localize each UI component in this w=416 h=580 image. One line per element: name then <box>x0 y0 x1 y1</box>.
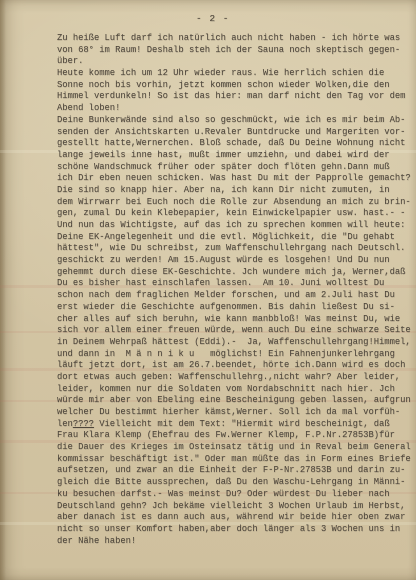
typed-line: leider, kommen nur die Soldaten vom Nord… <box>57 384 413 396</box>
typed-line: Frau Klara Klemp (Ehefrau des Fw.Werner … <box>57 430 413 442</box>
typed-line: Die sind so knapp hier. Aber na, ich kan… <box>57 185 413 197</box>
typed-line: Du es bisher hast einschlafen lassen. Am… <box>57 278 413 290</box>
typed-line: lange jeweils inne hast, mußt immer umzi… <box>57 150 413 162</box>
typed-line: gen, zumal Du kein Klebepapier, kein Ein… <box>57 208 413 220</box>
typed-line: in Deinem Wehrpaß hättest (Eddi).- Ja, W… <box>57 337 413 349</box>
typed-line: von 68° im Raum! Deshalb steh ich der Sa… <box>57 45 413 57</box>
typed-line: dem Wirrwarr bei Euch noch die Rolle zur… <box>57 197 413 209</box>
typed-line: kommissar beschäftigt ist." Oder man müß… <box>57 454 413 466</box>
typed-line: erst wieder die Geschichte aufgenommen. … <box>57 302 413 314</box>
typed-line: und dann in M ä n n i k u möglichst! Ein… <box>57 349 413 361</box>
typed-line: gleich die Bitte aussprechen, daß Du den… <box>57 477 413 489</box>
typed-line: würde mir aber von Ebeling eine Beschein… <box>57 395 413 407</box>
typed-line: läuft jetzt dort, ist am 26.7.beendet, h… <box>57 360 413 372</box>
typed-line: Deine Bunkerwände sind also so geschmück… <box>57 115 413 127</box>
typed-line: gehemmt durch diese EK-Geschichte. Jch w… <box>57 267 413 279</box>
typed-lines: Zu heiße Luft darf ich natürlich auch ni… <box>57 33 413 547</box>
typed-line: Heute komme ich um 12 Uhr wieder raus. W… <box>57 68 413 80</box>
typed-line: sich vor allem einer freuen würde, wenn … <box>57 325 413 337</box>
typed-line: Himmel verdunkeln! So ist das hier: man … <box>57 91 413 103</box>
letter-page: - 2 - Zu heiße Luft darf ich natürlich a… <box>0 0 416 580</box>
typed-line: aber danach ist es dann auch aus, währen… <box>57 512 413 524</box>
typed-line: dort etwas auch geben: Waffenschullehrg.… <box>57 372 413 384</box>
typed-line: Sonne noch bis vorhin, jetzt kommen scho… <box>57 80 413 92</box>
typed-line: len???? Vielleicht mit dem Text: "Hiermi… <box>57 419 413 431</box>
typed-line: Zu heiße Luft darf ich natürlich auch ni… <box>57 33 413 45</box>
typed-line: cher alles auf sich beruhn, wie kann man… <box>57 314 413 326</box>
typed-line: hättest", wie Du schreibst, zum Waffensc… <box>57 243 413 255</box>
typed-line: ku besuchen darfst.- Was meinst Du? Oder… <box>57 489 413 501</box>
typed-line: Abend loben! <box>57 103 413 115</box>
typed-line: gestellt hatte,Wernerchen. Bloß schade, … <box>57 138 413 150</box>
typed-line: Deine EK-Angelegenheit und die evtl. Mög… <box>57 232 413 244</box>
typed-line: der Nähe haben! <box>57 536 413 548</box>
typed-line: über. <box>57 56 413 68</box>
typed-line: schon nach dem fraglichen Melder forsche… <box>57 290 413 302</box>
page-number: - 2 - <box>196 13 230 24</box>
paper-left-edge-shadow <box>0 0 6 580</box>
typed-line: nicht so unser Komfort haben,aber doch l… <box>57 524 413 536</box>
typed-line: Deutschland gehn? Jch bekäme vielleicht … <box>57 501 413 513</box>
typed-line: welcher Du bestimmt hierher kämst,Werner… <box>57 407 413 419</box>
typed-line: Und nun das Wichtigste, auf das ich zu s… <box>57 220 413 232</box>
typed-line: geschickt zu werden! Am 15.August würde … <box>57 255 413 267</box>
typed-line: aufsetzen, und zwar an die Einheit der F… <box>57 465 413 477</box>
typed-line: schöne Wandschmuck früher oder später do… <box>57 162 413 174</box>
typed-line: senden der Ansichtskarten u.Revaler Bunt… <box>57 127 413 139</box>
typed-line: die Dauer des Krieges im Osteinsatz täti… <box>57 442 413 454</box>
typed-line: ich Dir eben neuen schicken. Was hast Du… <box>57 173 413 185</box>
